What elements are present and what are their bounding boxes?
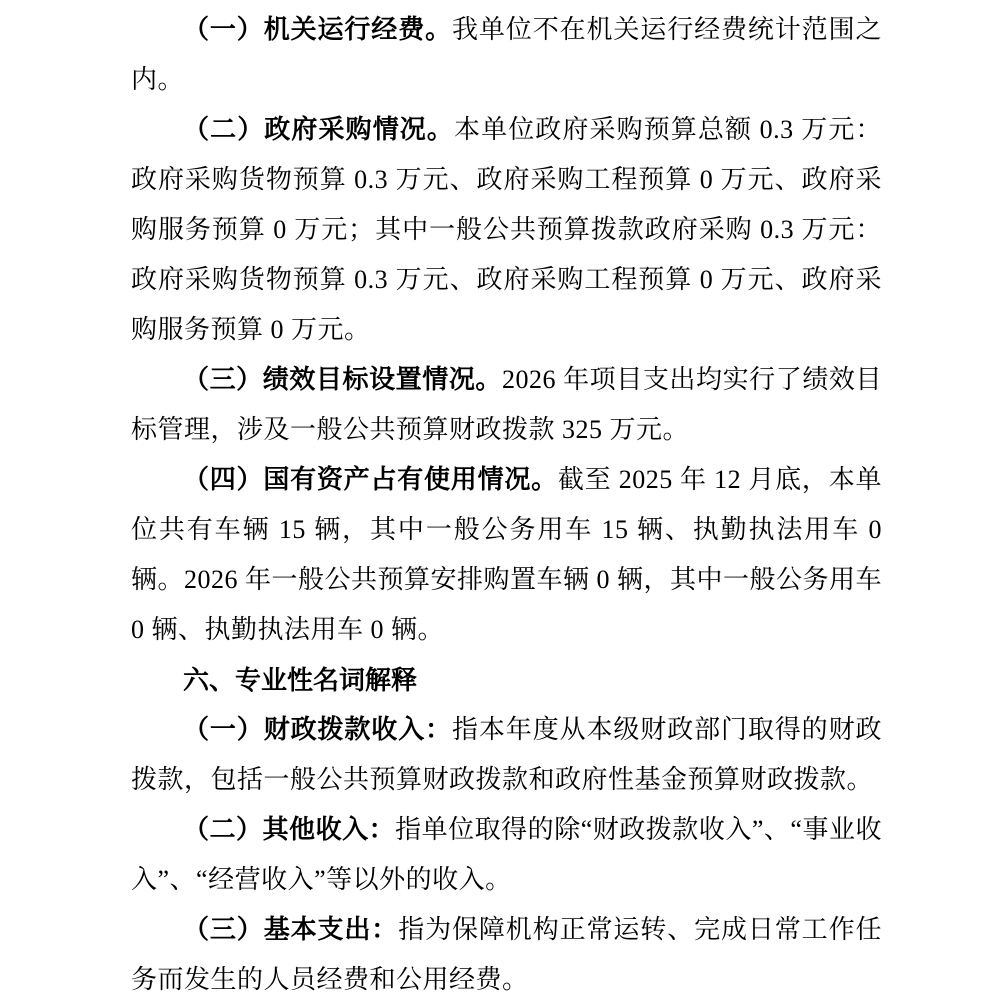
paragraph-other-income-lead: （二）其他收入： [183, 815, 395, 844]
paragraph-performance-targets: （三）绩效目标设置情况。2026 年项目支出均实行了绩效目标管理，涉及一般公共预… [131, 355, 882, 455]
paragraph-government-procurement-text: 本单位政府采购预算总额 0.3 万元：政府采购货物预算 0.3 万元、政府采购工… [131, 115, 882, 344]
paragraph-agency-operating-funds: （一）机关运行经费。我单位不在机关运行经费统计范围之内。 [131, 5, 882, 105]
document-page: （一）机关运行经费。我单位不在机关运行经费统计范围之内。 （二）政府采购情况。本… [0, 0, 1000, 1008]
paragraph-other-income: （二）其他收入：指单位取得的除“财政拨款收入”、“事业收入”、“经营收入”等以外… [131, 805, 882, 905]
paragraph-performance-targets-lead: （三）绩效目标设置情况。 [183, 365, 502, 394]
paragraph-government-procurement-lead: （二）政府采购情况。 [183, 115, 454, 144]
paragraph-state-assets: （四）国有资产占有使用情况。截至 2025 年 12 月底，本单位共有车辆 15… [131, 455, 882, 655]
paragraph-fiscal-appropriation-income: （一）财政拨款收入：指本年度从本级财政部门取得的财政拨款，包括一般公共预算财政拨… [131, 705, 882, 805]
section-heading-terminology: 六、专业性名词解释 [131, 655, 882, 705]
paragraph-basic-expenditure-lead: （三）基本支出： [183, 915, 398, 944]
paragraph-government-procurement: （二）政府采购情况。本单位政府采购预算总额 0.3 万元：政府采购货物预算 0.… [131, 105, 882, 355]
paragraph-basic-expenditure: （三）基本支出：指为保障机构正常运转、完成日常工作任务而发生的人员经费和公用经费… [131, 905, 882, 1005]
paragraph-fiscal-appropriation-income-lead: （一）财政拨款收入： [183, 715, 452, 744]
paragraph-state-assets-lead: （四）国有资产占有使用情况。 [183, 465, 558, 494]
paragraph-agency-operating-funds-lead: （一）机关运行经费。 [183, 15, 452, 44]
